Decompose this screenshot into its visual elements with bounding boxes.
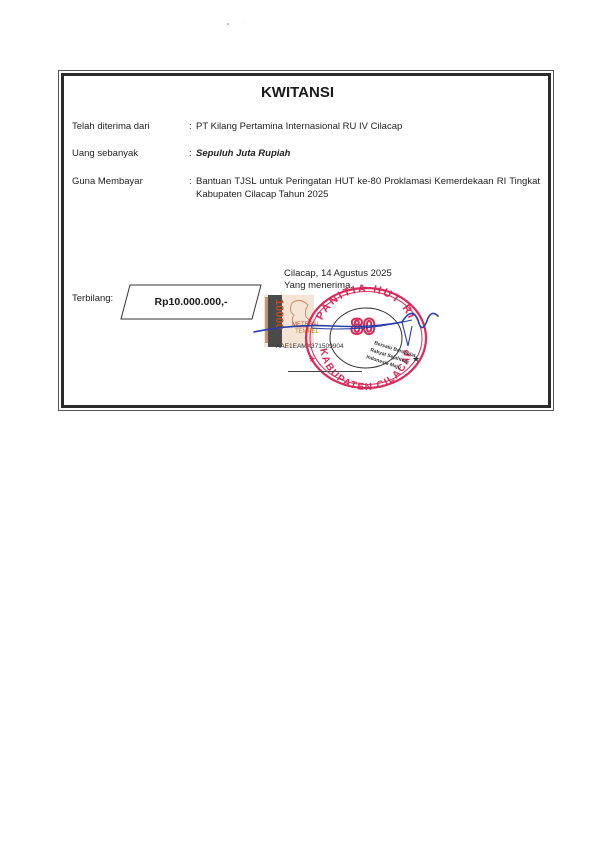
amount-figure: Rp10.000.000,- — [120, 284, 262, 320]
field-value-amount-words: Sepuluh Juta Rupiah — [196, 148, 290, 159]
field-value-received-from: PT Kilang Pertamina Internasional RU IV … — [196, 121, 402, 132]
field-label-received-from: Telah diterima dari — [72, 121, 150, 132]
document-title: KWITANSI — [0, 84, 595, 101]
terbilang-label: Terbilang: — [72, 293, 113, 304]
field-colon: : — [189, 176, 192, 187]
field-value-purpose: Bantuan TJSL untuk Peringatan HUT ke-80 … — [196, 175, 540, 201]
scan-artifact: ᵃ ˈ — [227, 22, 250, 28]
field-colon: : — [189, 148, 192, 159]
field-label-purpose: Guna Membayar — [72, 176, 143, 187]
handwritten-signature — [252, 296, 442, 356]
signature-line — [288, 371, 362, 372]
place-date: Cilacap, 14 Agustus 2025 — [284, 268, 392, 279]
field-label-amount-words: Uang sebanyak — [72, 148, 138, 159]
field-colon: : — [189, 121, 192, 132]
amount-box: Rp10.000.000,- — [120, 284, 262, 320]
